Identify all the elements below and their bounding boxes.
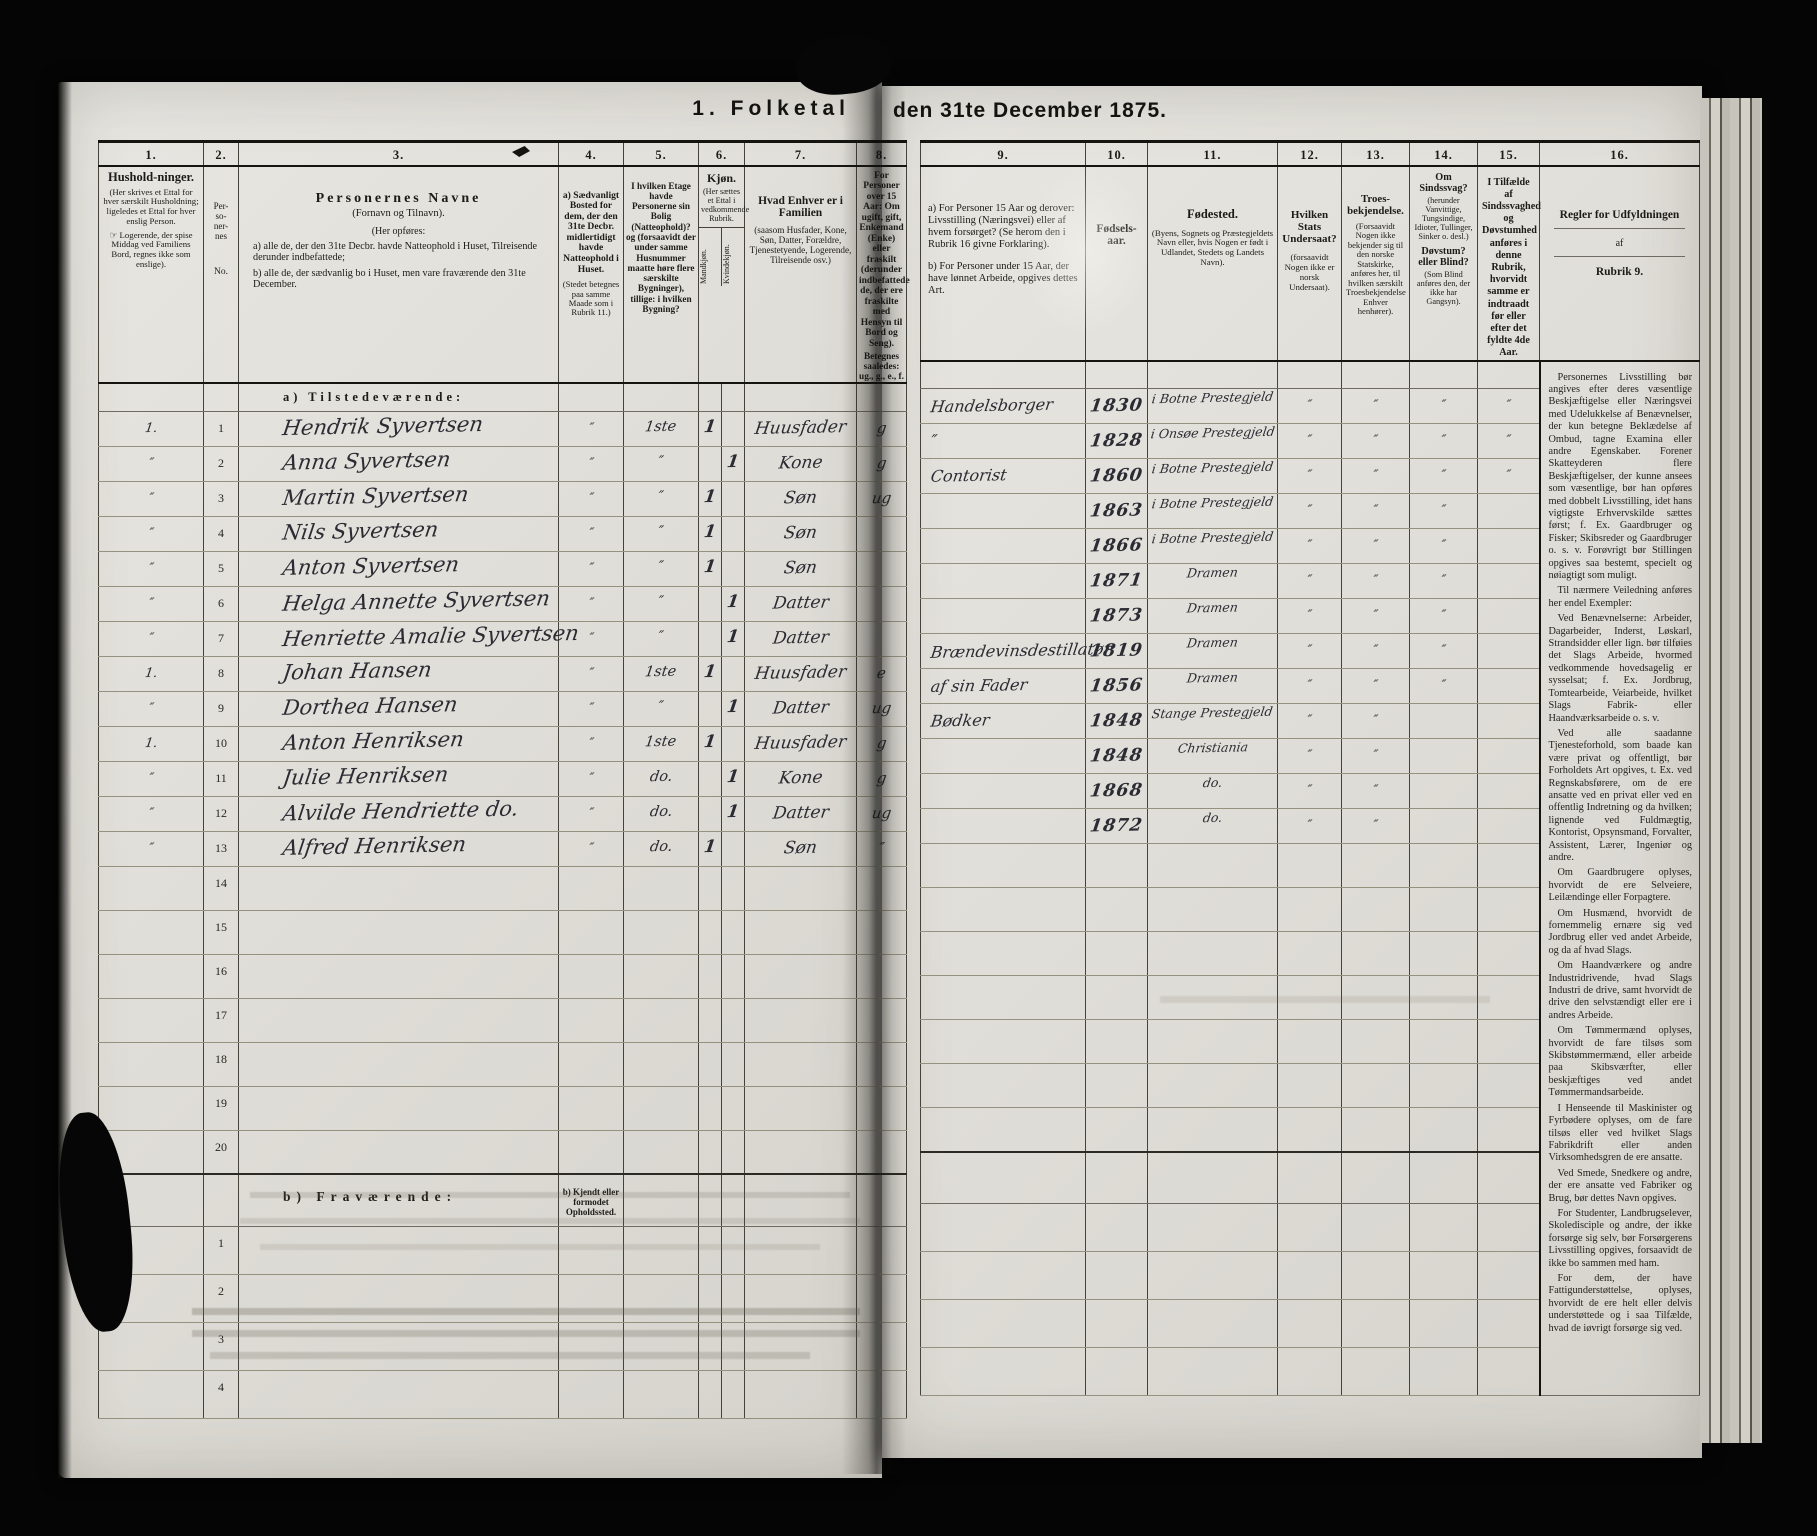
citizenship-mark: ″ [1306, 538, 1313, 553]
disability-mark-cell [1410, 704, 1478, 739]
marital-status-cell [857, 1322, 907, 1370]
disability-mark: ″ [1440, 468, 1447, 483]
occupation-cell [921, 1108, 1086, 1152]
person-name: Hendrik Syvertsen [281, 413, 484, 438]
birthplace-cell [1148, 1020, 1278, 1064]
disability-mark-cell [1410, 888, 1478, 932]
citizenship-mark-cell [1278, 361, 1342, 389]
female-mark: 1 [726, 801, 741, 821]
marital-status: ug [871, 488, 893, 506]
marital-status-cell [857, 1370, 907, 1418]
marital-status-cell [857, 1226, 907, 1274]
section-b-label: b) Fraværende: [283, 1175, 558, 1205]
marital-status-cell [857, 954, 907, 998]
disability-mark-cell [1410, 976, 1478, 1020]
page-title-left: 1. Folketal [598, 97, 850, 121]
citizenship-mark-cell [1278, 844, 1342, 888]
female-mark-cell: 1 [722, 761, 745, 796]
birth-year: 1848 [1089, 745, 1145, 766]
column-numbers-row: 9. 10. 11. 12. 13. 14. 15. 16. [921, 142, 1700, 166]
floor-entry-cell [624, 1130, 699, 1174]
birth-year-cell: 1866 [1086, 529, 1148, 564]
household-mark-cell: 1. [99, 726, 204, 761]
table-row: 1.10Anton Henriksen″1ste1Huusfaderg [99, 726, 907, 761]
marital-status-cell: g [857, 726, 907, 761]
household-mark-cell [99, 1042, 204, 1086]
person-name-cell: Nils Syvertsen [239, 516, 559, 551]
disability-mark-cell [1410, 1064, 1478, 1108]
disability-mark: ″ [1440, 678, 1447, 693]
marital-status: g [875, 733, 887, 751]
male-mark-cell: 1 [699, 726, 722, 761]
birth-year-cell [1086, 1020, 1148, 1064]
family-position-cell [745, 1174, 857, 1226]
usual-residence-mark-cell [559, 866, 624, 910]
row-number-cell: 10 [204, 726, 239, 761]
table-row: Personernes Livsstilling bør angives eft… [921, 361, 1700, 389]
col-onset-header: I Tilfælde af Sindssvaghed og Døvstumhed… [1478, 166, 1540, 361]
person-name: Anton Henriksen [281, 729, 465, 754]
birth-year-cell [1086, 888, 1148, 932]
person-name-cell: Hendrik Syvertsen [239, 411, 559, 446]
floor-entry: ″ [657, 698, 665, 714]
usual-residence-mark-cell [559, 1042, 624, 1086]
citizenship-mark-cell [1278, 1252, 1342, 1300]
usual-residence-mark-cell [559, 1370, 624, 1418]
person-name-cell [239, 866, 559, 910]
citizenship-mark-cell: ″ [1278, 389, 1342, 424]
birth-year-cell [1086, 1108, 1148, 1152]
deaf-blind-title: Døvstum? eller Blind? [1410, 246, 1477, 268]
male-mark: 1 [703, 521, 718, 541]
onset-mark: ″ [1505, 468, 1512, 483]
citizenship-mark: ″ [1306, 678, 1313, 693]
row-number-cell [204, 383, 239, 411]
floor-entry: do. [649, 768, 674, 784]
floor-entry-cell: ″ [624, 621, 699, 656]
birthplace: Dramen [1186, 567, 1239, 580]
marital-status-cell: g [857, 761, 907, 796]
female-mark-cell [722, 1370, 745, 1418]
birth-year-cell [1086, 1204, 1148, 1252]
male-mark-cell: 1 [699, 551, 722, 586]
row-number: 14 [204, 867, 238, 891]
birthplace-cell [1148, 1252, 1278, 1300]
female-mark-cell [722, 726, 745, 761]
person-name: Martin Syvertsen [281, 484, 470, 509]
onset-mark-cell [1478, 1252, 1540, 1300]
residence-text: a) Sædvanligt Bosted for dem, der den 31… [559, 167, 623, 276]
birthplace: do. [1202, 812, 1223, 824]
male-mark-cell [699, 621, 722, 656]
person-name-cell [239, 998, 559, 1042]
floor-entry-cell [624, 1086, 699, 1130]
marital-note: Betegnes saaledes: ug., g., e., f. [857, 352, 906, 382]
family-position: Datter [771, 697, 830, 718]
person-name-cell [239, 1322, 559, 1370]
birth-year-cell: 1856 [1086, 669, 1148, 704]
occupation-cell [921, 494, 1086, 529]
creed-mark: ″ [1372, 468, 1379, 483]
row-number: 13 [204, 832, 238, 856]
citizenship-mark: ″ [1306, 503, 1313, 518]
floor-entry: ″ [657, 488, 665, 504]
usual-residence-mark-cell: b) Kjendt eller formodet Opholdssted. [559, 1174, 624, 1226]
citizenship-mark-cell: ″ [1278, 809, 1342, 844]
col-12-number: 12. [1278, 142, 1342, 166]
usual-residence-mark-cell: ″ [559, 551, 624, 586]
rubrik16-paragraph: Personernes Livsstilling bør angives eft… [1549, 372, 1693, 583]
creed-mark-cell [1342, 888, 1410, 932]
household-mark-cell: ″ [99, 446, 204, 481]
family-position-cell: Huusfader [745, 726, 857, 761]
birthplace-cell [1148, 1152, 1278, 1204]
row-number: 10 [204, 727, 238, 751]
family-position-cell: Huusfader [745, 656, 857, 691]
col-11-number: 11. [1148, 142, 1278, 166]
rubrik16-paragraph: Om Husmænd, hvorvidt de fornemmelig ernæ… [1549, 908, 1693, 958]
citizenship-mark-cell [1278, 1204, 1342, 1252]
row-number-cell: 7 [204, 621, 239, 656]
birthplace-title: Fødested. [1148, 207, 1277, 222]
disability-mark: ″ [1440, 433, 1447, 448]
male-mark-cell [699, 1174, 722, 1226]
citizenship-mark-cell: ″ [1278, 494, 1342, 529]
usual-residence-mark-cell: ″ [559, 516, 624, 551]
row-number-cell: 19 [204, 1086, 239, 1130]
floor-entry: do. [649, 838, 674, 854]
birthplace-cell: do. [1148, 774, 1278, 809]
marital-status: g [875, 453, 887, 471]
row-number: 1 [204, 1227, 238, 1251]
birth-year-cell [1086, 844, 1148, 888]
onset-mark-cell [1478, 739, 1540, 774]
household-mark-cell [99, 910, 204, 954]
citizenship-mark-cell: ″ [1278, 739, 1342, 774]
names-item-a: a) alle de, der den 31te Decbr. havde Na… [239, 237, 558, 264]
usual-residence-mark-cell [559, 383, 624, 411]
creed-mark: ″ [1372, 783, 1379, 798]
male-mark: 1 [703, 486, 718, 506]
col-disability-header: Om Sindssvag? (herunder Vanvittige, Tung… [1410, 166, 1478, 361]
female-mark-cell [722, 1086, 745, 1130]
female-mark-cell [722, 516, 745, 551]
birthplace-cell: do. [1148, 809, 1278, 844]
watermark-stain [1020, 165, 1150, 335]
occupation: Handelsborger [930, 395, 1055, 417]
usual-residence-mark-cell [559, 910, 624, 954]
onset-mark-cell [1478, 932, 1540, 976]
birth-year: 1819 [1089, 640, 1145, 661]
household-mark-cell [99, 998, 204, 1042]
family-position: Datter [771, 592, 830, 613]
male-mark-cell [699, 1042, 722, 1086]
household-mark: ″ [148, 840, 155, 855]
citizenship-mark-cell [1278, 1108, 1342, 1152]
floor-entry-cell: do. [624, 796, 699, 831]
person-name-cell: Anna Syvertsen [239, 446, 559, 481]
household-mark: 1. [144, 420, 159, 435]
birth-year-cell: 1871 [1086, 564, 1148, 599]
marital-status: g [875, 418, 887, 436]
rule-divider [1554, 256, 1685, 257]
table-row: 3 [99, 1322, 907, 1370]
rubrik16-paragraph: I Henseende til Maskinister og Fyrbødere… [1549, 1103, 1693, 1165]
row-number-cell: 13 [204, 831, 239, 866]
floor-entry: 1ste [644, 663, 677, 680]
onset-mark-cell [1478, 564, 1540, 599]
birthplace: i Botne Prestegjeld [1151, 461, 1274, 475]
row-number-cell: 9 [204, 691, 239, 726]
person-name-cell: Anton Syvertsen [239, 551, 559, 586]
female-mark-cell [722, 383, 745, 411]
family-position-cell [745, 1042, 857, 1086]
citizenship-mark: ″ [1306, 783, 1313, 798]
usual-residence-mark-cell: ″ [559, 656, 624, 691]
male-mark-cell: 1 [699, 831, 722, 866]
creed-mark-cell: ″ [1342, 704, 1410, 739]
onset-mark-cell [1478, 1064, 1540, 1108]
person-name-cell: b) Fraværende: [239, 1174, 559, 1226]
table-row: ″7Henriette Amalie Syvertsen″″1Datter [99, 621, 907, 656]
household-mark: 1. [144, 735, 159, 750]
row-number-cell: 12 [204, 796, 239, 831]
male-mark-cell [699, 866, 722, 910]
onset-mark-cell [1478, 494, 1540, 529]
floor-entry-cell [624, 910, 699, 954]
creed-mark-cell [1342, 1348, 1410, 1396]
occupation-cell [921, 1252, 1086, 1300]
usual-residence-mark-cell: ″ [559, 411, 624, 446]
family-position: Huusfader [754, 732, 848, 754]
row-number: 4 [204, 517, 238, 541]
creed-mark-cell: ″ [1342, 494, 1410, 529]
female-mark-cell [722, 656, 745, 691]
birth-year: 1856 [1089, 675, 1145, 696]
creed-mark: ″ [1372, 503, 1379, 518]
female-mark: 1 [726, 451, 741, 471]
row-number: 3 [204, 1323, 238, 1347]
birth-year-cell [1086, 361, 1148, 389]
household-mark: ″ [148, 490, 155, 505]
census-table-left: 1. 2. 3. 4. 5. 6. 7. 8. Hushold-ninger. … [98, 140, 907, 1419]
male-mark-cell [699, 954, 722, 998]
floor-entry-cell [624, 383, 699, 411]
person-name: Anna Syvertsen [281, 449, 452, 473]
person-name: Dorthea Hansen [281, 694, 459, 719]
family-position-cell: Datter [745, 621, 857, 656]
person-name-cell [239, 1370, 559, 1418]
row-number: 4 [204, 1371, 238, 1395]
deaf-blind-note: (Som Blind anføres den, der ikke har Gan… [1410, 270, 1477, 306]
birth-year-cell: 1848 [1086, 739, 1148, 774]
occupation-cell [921, 1348, 1086, 1396]
rubrik16-paragraph: Til nærmere Veiledning anføres her endel… [1549, 585, 1693, 610]
floor-entry-cell: do. [624, 831, 699, 866]
female-mark-cell [722, 910, 745, 954]
occupation-cell [921, 1204, 1086, 1252]
floor-entry-cell [624, 998, 699, 1042]
household-mark-cell: ″ [99, 621, 204, 656]
citizenship-mark-cell: ″ [1278, 599, 1342, 634]
usual-residence-mark: ″ [588, 595, 595, 610]
disability-mark: ″ [1440, 608, 1447, 623]
creed-title: Troes-bekjendelse. [1342, 193, 1409, 217]
family-position: Datter [771, 802, 830, 823]
disability-mark: ″ [1440, 643, 1447, 658]
row-number: 20 [204, 1131, 238, 1155]
onset-mark-cell [1478, 634, 1540, 669]
person-name-cell: Alvilde Hendriette do. [239, 796, 559, 831]
row-number-cell: 2 [204, 446, 239, 481]
disability-mark-cell: ″ [1410, 494, 1478, 529]
household-mark-cell: ″ [99, 831, 204, 866]
floor-entry: ″ [657, 593, 665, 609]
onset-mark-cell [1478, 774, 1540, 809]
creed-mark: ″ [1372, 538, 1379, 553]
disability-mark-cell [1410, 1020, 1478, 1064]
marital-status-cell [857, 866, 907, 910]
creed-mark-cell [1342, 976, 1410, 1020]
creed-mark-cell [1342, 361, 1410, 389]
usual-residence-mark-cell: ″ [559, 586, 624, 621]
creed-mark-cell: ″ [1342, 529, 1410, 564]
family-position-cell [745, 1322, 857, 1370]
usual-residence-mark-cell: ″ [559, 726, 624, 761]
disability-mark-cell [1410, 1252, 1478, 1300]
disability-mark-cell: ″ [1410, 599, 1478, 634]
birthplace-cell: i Botne Prestegjeld [1148, 459, 1278, 494]
family-position-cell [745, 1130, 857, 1174]
rubrik16-paragraph: Om Gaardbrugere oplyses, hvorvidt de ere… [1549, 867, 1693, 904]
rules-title: Regler for Udfyldningen [1540, 209, 1699, 221]
citizenship-mark-cell [1278, 1152, 1342, 1204]
sex-note: (Her sættes et Ettal i vedkommende Rubri… [699, 187, 744, 223]
disability-mark-cell: ″ [1410, 459, 1478, 494]
floor-entry: ″ [657, 628, 665, 644]
disability-mark-cell [1410, 361, 1478, 389]
disability-mark: ″ [1440, 573, 1447, 588]
onset-mark: ″ [1505, 398, 1512, 413]
birthplace-cell: Dramen [1148, 634, 1278, 669]
female-mark-cell [722, 866, 745, 910]
birthplace-cell [1148, 888, 1278, 932]
usual-residence-mark-cell: ″ [559, 446, 624, 481]
occupation-cell [921, 1152, 1086, 1204]
occupation-cell [921, 1300, 1086, 1348]
family-position-cell: Datter [745, 691, 857, 726]
marital-status-cell [857, 998, 907, 1042]
occupation-cell: Bødker [921, 704, 1086, 739]
col-8-number: 8. [857, 142, 907, 166]
female-mark-cell [722, 1274, 745, 1322]
marital-status-cell [857, 1086, 907, 1130]
marital-status-cell [857, 586, 907, 621]
creed-mark: ″ [1372, 748, 1379, 763]
male-mark-cell: 1 [699, 411, 722, 446]
marital-status-cell: ug [857, 691, 907, 726]
row-number-cell [204, 1174, 239, 1226]
male-mark-cell [699, 1274, 722, 1322]
onset-mark-cell [1478, 1348, 1540, 1396]
female-mark-cell [722, 1226, 745, 1274]
floor-entry-cell: ″ [624, 446, 699, 481]
citizenship-mark: ″ [1306, 818, 1313, 833]
birthplace-cell [1148, 1064, 1278, 1108]
disability-note: (herunder Vanvittige, Tungsindige, Idiot… [1410, 196, 1477, 241]
female-mark: 1 [726, 591, 741, 611]
person-name: Helga Annette Syvertsen [281, 588, 551, 615]
female-mark-cell: 1 [722, 586, 745, 621]
household-mark-cell [99, 866, 204, 910]
birthplace-cell: Dramen [1148, 564, 1278, 599]
birth-year: 1873 [1089, 605, 1145, 626]
col-13-number: 13. [1342, 142, 1410, 166]
marital-status-cell [857, 1274, 907, 1322]
family-position-cell [745, 910, 857, 954]
female-mark-cell [722, 1130, 745, 1174]
family-position-cell: Datter [745, 796, 857, 831]
marital-status-cell: ug [857, 481, 907, 516]
floor-entry-cell: 1ste [624, 726, 699, 761]
person-name-cell [239, 1086, 559, 1130]
birth-year-cell: 1863 [1086, 494, 1148, 529]
household-mark-cell: ″ [99, 691, 204, 726]
table-row: 1 [99, 1226, 907, 1274]
birthplace-cell [1148, 932, 1278, 976]
person-name-cell: Anton Henriksen [239, 726, 559, 761]
usual-residence-mark: ″ [588, 700, 595, 715]
birthplace: Stange Prestegjeld [1151, 706, 1273, 720]
household-mark: 1. [144, 665, 159, 680]
citizenship-mark: ″ [1306, 713, 1313, 728]
citizenship-mark-cell [1278, 1300, 1342, 1348]
creed-mark: ″ [1372, 398, 1379, 413]
citizenship-mark-cell [1278, 932, 1342, 976]
citizenship-mark-cell [1278, 976, 1342, 1020]
floor-entry: 1ste [644, 733, 677, 750]
col-16-number: 16. [1540, 142, 1700, 166]
disability-mark-cell [1410, 774, 1478, 809]
rule-divider [1554, 228, 1685, 229]
birth-year-cell [1086, 1152, 1148, 1204]
usual-residence-mark: ″ [588, 735, 595, 750]
col-7-number: 7. [745, 142, 857, 166]
family-position: Huusfader [754, 417, 848, 439]
family-position: Datter [771, 627, 830, 648]
table-row: 1.8Johan Hansen″1ste1Huusfadere [99, 656, 907, 691]
person-name-cell [239, 1042, 559, 1086]
household-mark-cell [99, 1086, 204, 1130]
male-mark: 1 [703, 556, 718, 576]
citizenship-mark: ″ [1306, 468, 1313, 483]
row-number: 1 [204, 412, 238, 436]
row-number-cell: 16 [204, 954, 239, 998]
row-number: 19 [204, 1087, 238, 1111]
usual-residence-mark: ″ [588, 630, 595, 645]
col-10-number: 10. [1086, 142, 1148, 166]
row-number: 5 [204, 552, 238, 576]
disability-mark-cell [1410, 1152, 1478, 1204]
floor-entry-cell [624, 866, 699, 910]
floor-entry-cell [624, 1322, 699, 1370]
family-position-cell: Huusfader [745, 411, 857, 446]
floor-entry-cell [624, 1042, 699, 1086]
occupation-cell [921, 1020, 1086, 1064]
household-mark-cell: ″ [99, 761, 204, 796]
family-position-cell: Søn [745, 516, 857, 551]
family-position-cell: Søn [745, 551, 857, 586]
